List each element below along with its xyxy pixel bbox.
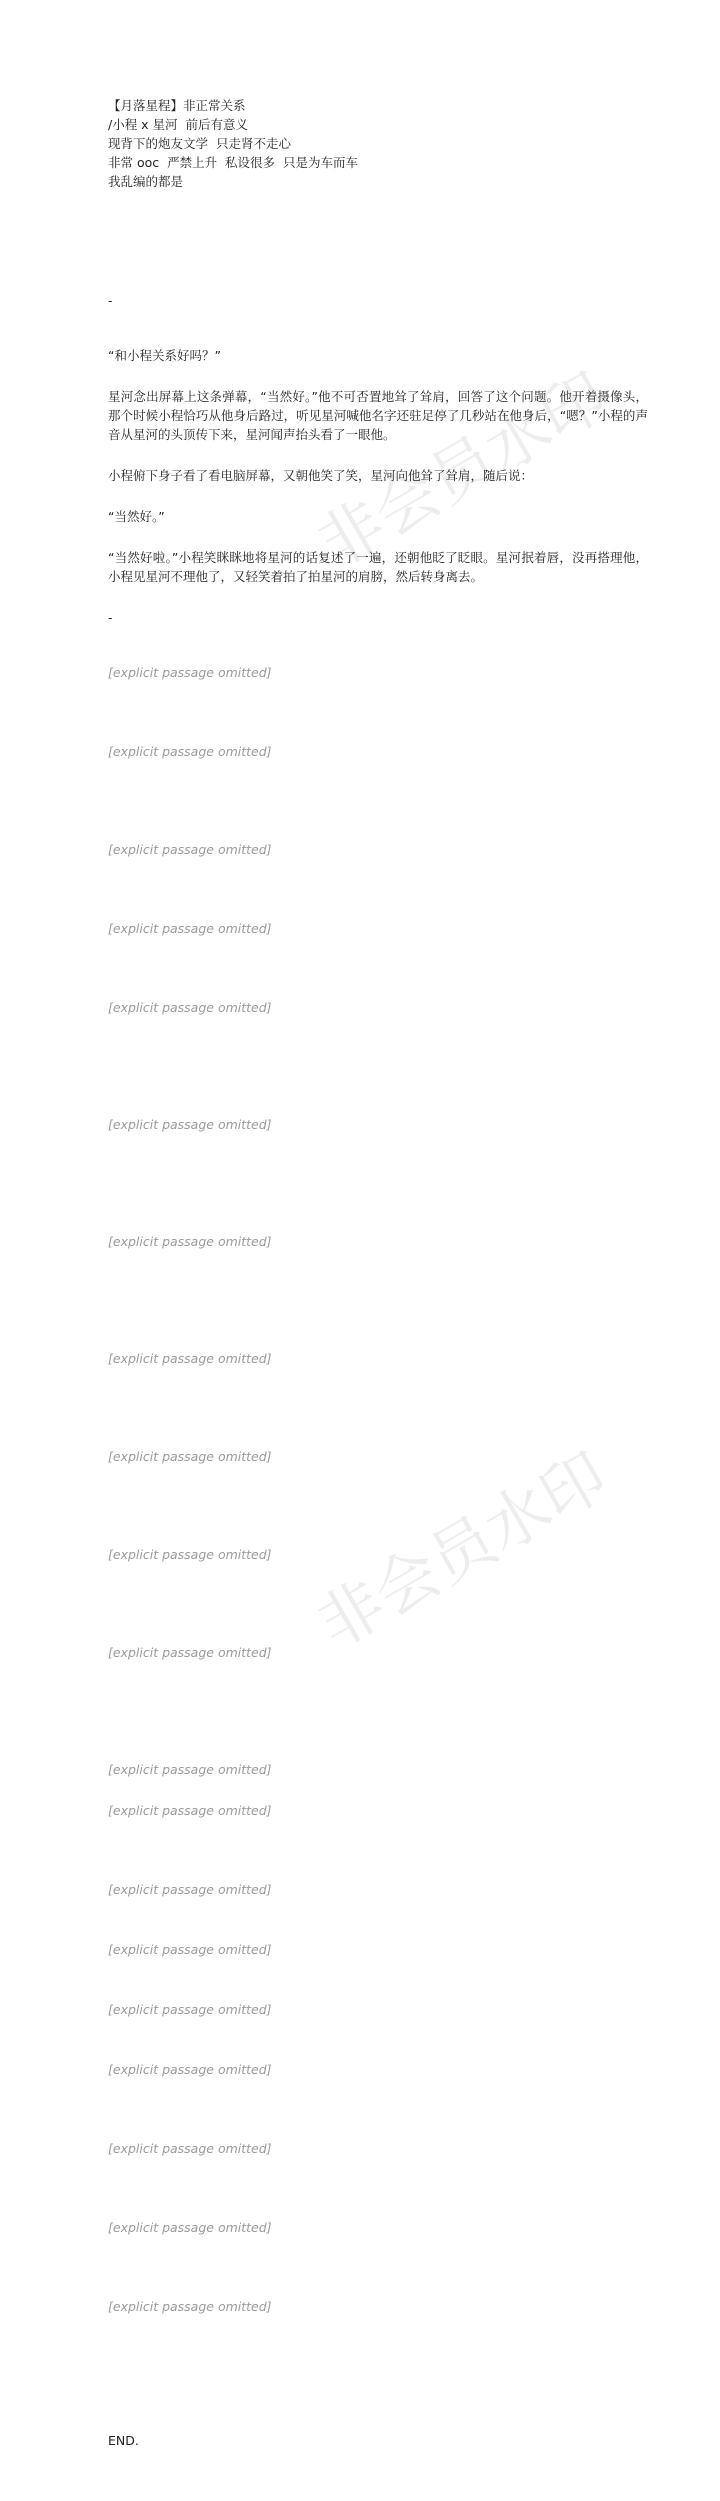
paragraph: 星河念出屏幕上这条弹幕，“当然好。”他不可否置地耸了耸肩，回答了这个问题。他开着… <box>108 387 648 444</box>
paragraph: “当然好啦。”小程笑眯眯地将星河的话复述了一遍，还朝他眨了眨眼。星河抿着唇，没再… <box>108 548 648 586</box>
paragraph-omitted: [explicit passage omitted] <box>108 1760 648 1779</box>
paragraph: 小程俯下身子看了看电脑屏幕，又朝他笑了笑，星河向他耸了耸肩，随后说： <box>108 466 648 485</box>
paragraph-omitted: [explicit passage omitted] <box>108 742 648 818</box>
article: 【月落星程】非正常关系 /小程 x 星河 前后有意义 现背下的炮友文学 只走肾不… <box>0 0 648 2501</box>
paragraph-omitted: [explicit passage omitted] <box>108 2218 648 2275</box>
article-header: 【月落星程】非正常关系 /小程 x 星河 前后有意义 现背下的炮友文学 只走肾不… <box>108 96 648 191</box>
paragraph: “当然好。” <box>108 507 648 526</box>
paragraph-omitted: [explicit passage omitted] <box>108 1115 648 1210</box>
paragraph-omitted: [explicit passage omitted] <box>108 919 648 976</box>
header-line: 非常 ooc 严禁上升 私设很多 只是为车而车 <box>108 153 648 172</box>
paragraph-omitted: [explicit passage omitted] <box>108 998 648 1093</box>
paragraph-omitted: [explicit passage omitted] <box>108 840 648 897</box>
paragraph-omitted: [explicit passage omitted] <box>108 1545 648 1621</box>
paragraph-omitted: [explicit passage omitted] <box>108 1349 648 1425</box>
paragraph-omitted: [explicit passage omitted] <box>108 2000 648 2038</box>
header-line: /小程 x 星河 前后有意义 <box>108 115 648 134</box>
header-line: 现背下的炮友文学 只走肾不走心 <box>108 134 648 153</box>
paragraph-omitted: [explicit passage omitted] <box>108 2060 648 2117</box>
header-line: 【月落星程】非正常关系 <box>108 96 648 115</box>
end-marker: END. <box>108 2433 648 2448</box>
paragraph-omitted: [explicit passage omitted] <box>108 2297 648 2373</box>
paragraph-omitted: [explicit passage omitted] <box>108 1880 648 1918</box>
omitted-body: [explicit passage omitted][explicit pass… <box>108 663 648 2373</box>
paragraph-omitted: [explicit passage omitted] <box>108 1801 648 1858</box>
paragraph: “和小程关系好吗？” <box>108 346 648 365</box>
paragraph-omitted: [explicit passage omitted] <box>108 1940 648 1978</box>
section-separator: - <box>108 608 648 627</box>
paragraph-omitted: [explicit passage omitted] <box>108 663 648 720</box>
paragraph-omitted: [explicit passage omitted] <box>108 1447 648 1523</box>
header-line: 我乱编的都是 <box>108 172 648 191</box>
paragraph-omitted: [explicit passage omitted] <box>108 1232 648 1327</box>
paragraph-omitted: [explicit passage omitted] <box>108 2139 648 2196</box>
paragraph-omitted: [explicit passage omitted] <box>108 1643 648 1738</box>
section-separator: - <box>108 291 648 310</box>
